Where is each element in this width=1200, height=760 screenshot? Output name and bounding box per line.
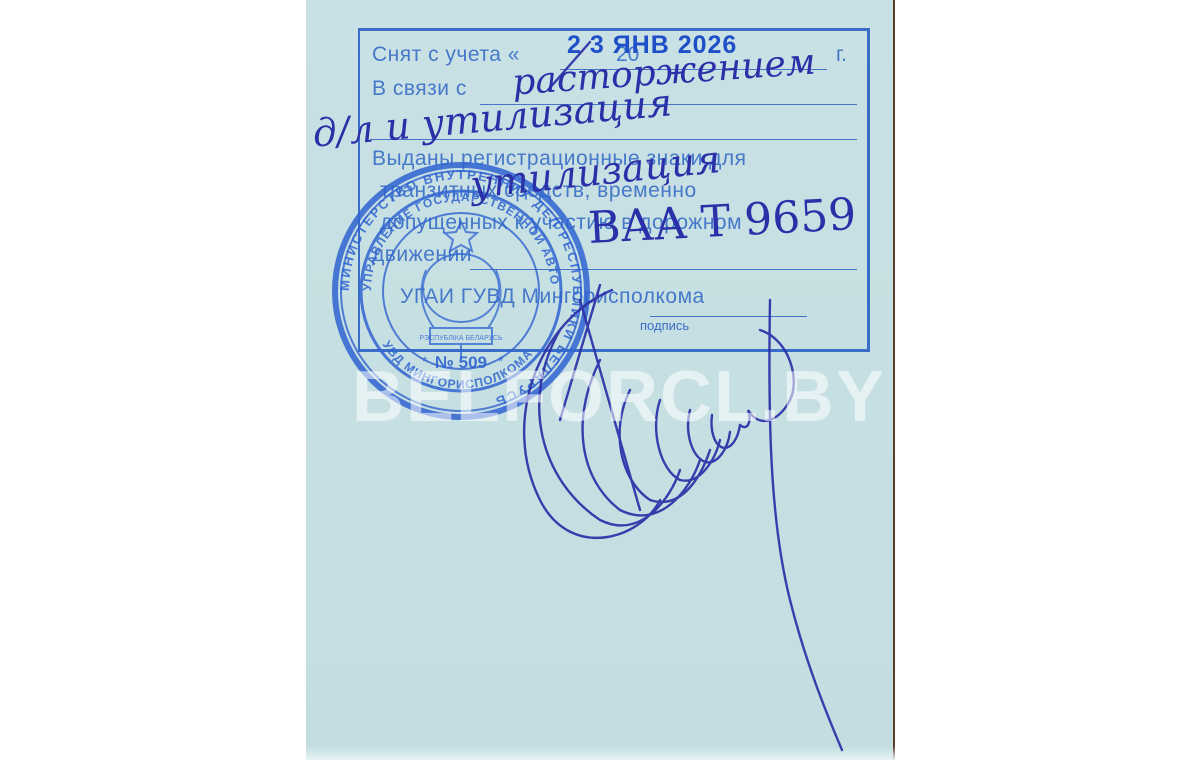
watermark: BELFORCL.BY (352, 356, 886, 438)
year-suffix: г. (836, 43, 847, 67)
seal-ribbon-text: РЭСПУБЛІКА БЕЛАРУСЬ (419, 335, 503, 342)
page-edge (306, 746, 895, 760)
signature-caption: подпись (640, 318, 689, 333)
signature-line (650, 316, 807, 317)
